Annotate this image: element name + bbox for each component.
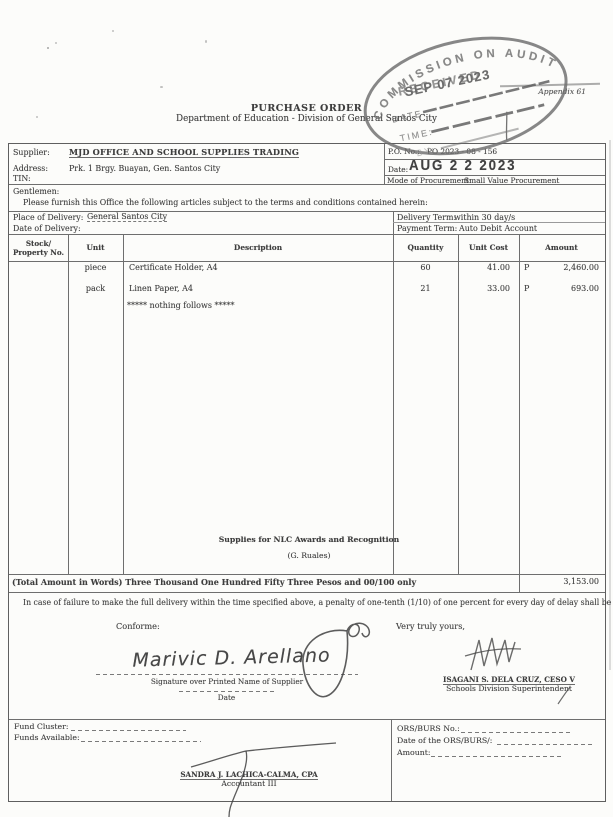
- supplier-signature-stroke: [279, 624, 389, 714]
- footer-amount-label: Amount:: [397, 748, 431, 757]
- item-unit-cost: 41.00: [458, 263, 510, 272]
- item-unit: pack: [68, 284, 123, 293]
- ors-burs-label: ORS/BURS No.:: [397, 724, 460, 733]
- ors-burs-date-label: Date of the ORS/BURS/:: [397, 736, 492, 745]
- footer-amount-line: [431, 756, 561, 757]
- col-header-unit: Unit: [68, 234, 123, 261]
- po-form: Supplier: MJD OFFICE AND SCHOOL SUPPLIES…: [8, 143, 606, 802]
- item-unit-cost: 33.00: [458, 284, 510, 293]
- col-header-stock-line2: Property No.: [13, 248, 64, 257]
- table-header-line: [9, 261, 605, 262]
- section-line: [9, 184, 605, 185]
- ors-burs-date-line: [497, 744, 592, 745]
- footer-top-line: [9, 719, 605, 720]
- superintendent-signature-stroke: [459, 632, 539, 677]
- supplier-tin-label: TIN:: [13, 174, 31, 183]
- scan-speck: [160, 86, 163, 88]
- col-header-stock-line1: Stock/: [26, 239, 51, 248]
- purpose-ref: (G. Ruales): [149, 551, 469, 560]
- stamp-time-label: TIME:: [399, 127, 434, 144]
- item-amount-cell: P 693.00: [524, 284, 599, 293]
- accountant-signature-stroke: [179, 739, 349, 817]
- payment-term-label: Payment Term:: [397, 224, 457, 233]
- delivery-term-label: Delivery Term:: [397, 213, 456, 222]
- item-quantity: 21: [393, 284, 458, 293]
- scan-speck: [112, 30, 114, 32]
- item-description: Linen Paper, A4: [129, 284, 193, 293]
- fund-cluster-label: Fund Cluster:: [14, 722, 69, 731]
- table-column-line: [123, 234, 124, 574]
- col-header-unit-cost: Unit Cost: [458, 234, 519, 261]
- appendix-label: Appendix 61: [538, 87, 586, 96]
- supplier-label: Supplier:: [13, 148, 50, 157]
- supplier-address: Prk. 1 Brgy. Buayan, Gen. Santos City: [69, 164, 220, 173]
- place-of-delivery-value: General Santos City: [87, 212, 167, 222]
- nothing-follows: ***** nothing follows *****: [127, 301, 234, 310]
- page-title: PURCHASE ORDER: [0, 103, 613, 114]
- col-header-amount: Amount: [519, 234, 604, 261]
- total-in-words: (Total Amount in Words) Three Thousand O…: [12, 577, 416, 587]
- po-number-value: PO 2023 - 08 - 156: [427, 147, 497, 156]
- delivery-term-value: within 30 day/s: [454, 213, 515, 222]
- item-amount: 693.00: [571, 284, 599, 293]
- col-header-stock: Stock/ Property No.: [9, 234, 68, 261]
- po-number-label: P.O. No.:: [388, 147, 420, 156]
- supplier-date-caption: Date: [179, 693, 274, 702]
- item-description: Certificate Holder, A4: [129, 263, 218, 272]
- delivery-row-line: [393, 222, 605, 223]
- request-line: Please furnish this Office the following…: [23, 198, 428, 207]
- item-amount: 2,460.00: [563, 263, 599, 272]
- footer-divider: [391, 719, 392, 801]
- superintendent-flourish-stroke: [554, 684, 579, 709]
- total-top-line: [9, 574, 605, 575]
- fund-cluster-line: [71, 730, 186, 731]
- scan-edge-shadow: [609, 140, 611, 670]
- scan-speck: [205, 40, 207, 43]
- conforme-label: Conforme:: [116, 621, 160, 631]
- item-unit: piece: [68, 263, 123, 272]
- total-words-label: (Total Amount in Words): [12, 577, 122, 587]
- funds-available-label: Funds Available:: [14, 733, 80, 742]
- total-amount: 3,153.00: [524, 577, 599, 586]
- place-of-delivery-label: Place of Delivery:: [13, 213, 83, 222]
- purchase-order-scan: Appendix 61 PURCHASE ORDER Department of…: [0, 0, 613, 817]
- penalty-clause: In case of failure to make the full deli…: [23, 598, 586, 607]
- stamp-received-text: RECEIVED: [397, 67, 483, 98]
- meta-divider: [384, 144, 385, 184]
- item-quantity: 60: [393, 263, 458, 272]
- supplier-name: MJD OFFICE AND SCHOOL SUPPLIES TRADING: [69, 147, 299, 158]
- supplier-address-label: Address:: [13, 164, 48, 173]
- table-column-line: [519, 234, 520, 592]
- total-words-value: Three Thousand One Hundred Fifty Three P…: [125, 577, 416, 587]
- page-subtitle: Department of Education - Division of Ge…: [0, 114, 613, 124]
- payment-term-value: Auto Debit Account: [459, 224, 537, 233]
- item-currency: P: [524, 263, 529, 272]
- col-header-description: Description: [123, 234, 393, 261]
- date-of-delivery-label: Date of Delivery:: [13, 224, 81, 233]
- col-header-quantity: Quantity: [393, 234, 458, 261]
- purpose-line: Supplies for NLC Awards and Recognition: [149, 535, 469, 544]
- item-amount-cell: P 2,460.00: [524, 263, 599, 272]
- po-date-label: Date:: [388, 165, 408, 174]
- closing-phrase: Very truly yours,: [396, 621, 465, 631]
- salutation: Gentlemen:: [13, 187, 59, 196]
- scan-speck: [55, 42, 57, 44]
- total-bottom-line: [9, 592, 605, 593]
- ors-burs-line: [461, 732, 571, 733]
- item-currency: P: [524, 284, 529, 293]
- scan-speck: [47, 47, 49, 49]
- po-date-stamp: AUG 2 2 2023: [409, 158, 516, 174]
- supplier-date-line: [179, 691, 274, 692]
- stamp-received-date: SEP 07 2023: [403, 66, 491, 99]
